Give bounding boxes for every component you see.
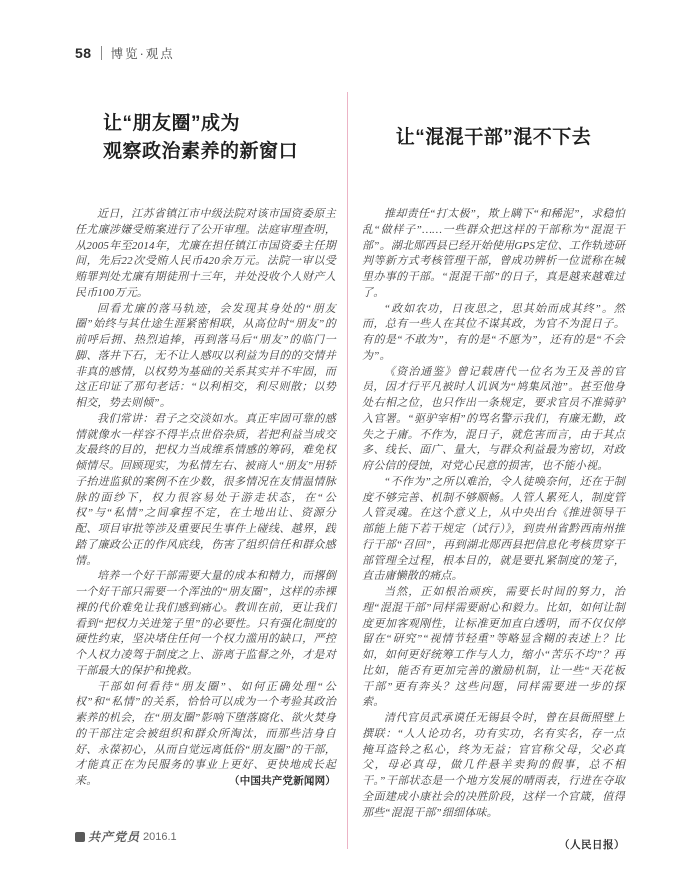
paragraph: 清代官员武承谟任无锡县令时，曾在县衙照壁上撰联：“人人论功名，功有实功，名有实名… — [362, 711, 625, 821]
page-footer: 共产党员 2016.1 — [75, 828, 177, 845]
article-right-body: 推却责任“打太极”，欺上瞒下“和稀泥”，求稳怕乱“做样子”……一些群众把这样的干… — [362, 207, 625, 821]
paragraph: “政如农功，日夜思之，思其始而成其终”。然而，总有一些人在其位不谋其政，为官不为… — [362, 302, 625, 365]
paragraph: 我们常讲：君子之交淡如水。真正牢固可靠的感情就像水一样容不得半点世俗杂质，若把利… — [75, 412, 336, 570]
paragraph: 干部如何看待“朋友圈”、如何正确处理“公权”和“私情”的关系，恰恰可以成为一个考… — [75, 680, 336, 790]
article-left-title-line2: 观察政治素养的新窗口 — [103, 138, 336, 166]
header-divider — [101, 46, 102, 60]
page-header: 58 博览·观点 — [75, 44, 175, 62]
article-right-attribution: （人民日报） — [362, 837, 625, 852]
magazine-page: 58 博览·观点 让“朋友圈”成为 观察政治素养的新窗口 近日，江苏省镇江市中级… — [0, 0, 683, 878]
column-divider-line — [347, 92, 348, 849]
article-left-body: 近日，江苏省镇江市中级法院对该市国资委原主任尤廉涉嫌受贿案进行了公开审理。法庭审… — [75, 207, 336, 790]
magazine-name: 共产党员 — [88, 828, 140, 845]
article-left: 让“朋友圈”成为 观察政治素养的新窗口 近日，江苏省镇江市中级法院对该市国资委原… — [75, 110, 336, 790]
paragraph: 推却责任“打太极”，欺上瞒下“和稀泥”，求稳怕乱“做样子”……一些群众把这样的干… — [362, 207, 625, 302]
article-right-title: 让“混混干部”混不下去 — [362, 124, 625, 152]
paragraph-text: 干部如何看待“朋友圈”、如何正确处理“公权”和“私情”的关系，恰恰可以成为一个考… — [75, 681, 336, 788]
article-left-title: 让“朋友圈”成为 观察政治素养的新窗口 — [75, 110, 336, 166]
article-left-attribution: （中国共产党新闻网） — [207, 774, 336, 790]
section-title: 博览·观点 — [111, 44, 175, 62]
paragraph: “不作为”之所以难治，令人徒唤奈何，还在于制度不够完善、机制不够顺畅。人管人累死… — [362, 475, 625, 585]
paragraph: 《资治通鉴》曾记载唐代一位名为王及善的官员，因才行平凡被时人讥讽为“鸠集凤池”。… — [362, 365, 625, 475]
article-right: 让“混混干部”混不下去 推却责任“打太极”，欺上瞒下“和稀泥”，求稳怕乱“做样子… — [362, 124, 625, 852]
article-left-title-line1: 让“朋友圈”成为 — [103, 110, 336, 138]
page-number: 58 — [75, 45, 92, 61]
issue-number: 2016.1 — [143, 831, 177, 843]
paragraph: 当然，正如根治顽疾，需要长时间的努力，治理“混混干部”同样需要耐心和毅力。比如，… — [362, 585, 625, 711]
paragraph: 培养一个好干部需要大量的成本和精力，而撂倒一个好干部只需要一个浑浊的“朋友圈”，… — [75, 569, 336, 679]
paragraph: 回看尤廉的落马轨迹，会发现其身处的“朋友圈”始终与其仕途生涯紧密相联，从高位时“… — [75, 302, 336, 412]
magazine-logo-icon — [75, 832, 85, 842]
paragraph: 近日，江苏省镇江市中级法院对该市国资委原主任尤廉涉嫌受贿案进行了公开审理。法庭审… — [75, 207, 336, 302]
